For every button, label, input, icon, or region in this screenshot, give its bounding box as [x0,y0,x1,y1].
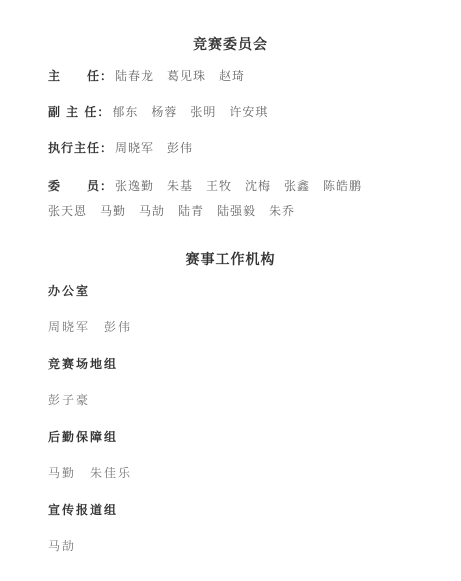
executive-row: 执行主任：周晓军 彭伟 [48,139,193,156]
members-row: 委 员：张逸勤 朱基 王牧 沈梅 张鑫 陈皓鹏 [48,177,362,194]
members-names-line2: 张天恩 马勤 马劼 陆青 陆强毅 朱乔 [48,202,295,219]
group-office-members: 周晓军 彭伟 [48,318,132,335]
group-office-name: 办公室 [48,282,90,299]
members-names-line1: 张逸勤 朱基 王牧 沈梅 张鑫 陈皓鹏 [115,179,362,193]
group-venue-members: 彭子豪 [48,391,90,408]
committee-title: 竞赛委员会 [0,34,461,54]
group-publicity-members: 马劼 [48,537,76,554]
director-row: 主 任：陆春龙 葛见珠 赵琦 [48,67,245,84]
deputy-names: 郁东 杨蓉 张明 许安琪 [112,105,268,119]
director-names: 陆春龙 葛见珠 赵琦 [115,69,245,83]
group-logistics-members: 马勤 朱佳乐 [48,464,132,481]
group-venue-name: 竞赛场地组 [48,355,118,372]
group-logistics-name: 后勤保障组 [48,428,118,445]
executive-label: 执行主任： [48,139,113,156]
organization-title: 赛事工作机构 [0,249,461,269]
members-label: 委 员： [48,177,113,194]
deputy-label: 副 主 任： [48,103,110,120]
deputy-row: 副 主 任：郁东 杨蓉 张明 许安琪 [48,103,268,120]
director-label: 主 任： [48,67,113,84]
group-publicity-name: 宣传报道组 [48,501,118,518]
executive-names: 周晓军 彭伟 [115,141,193,155]
